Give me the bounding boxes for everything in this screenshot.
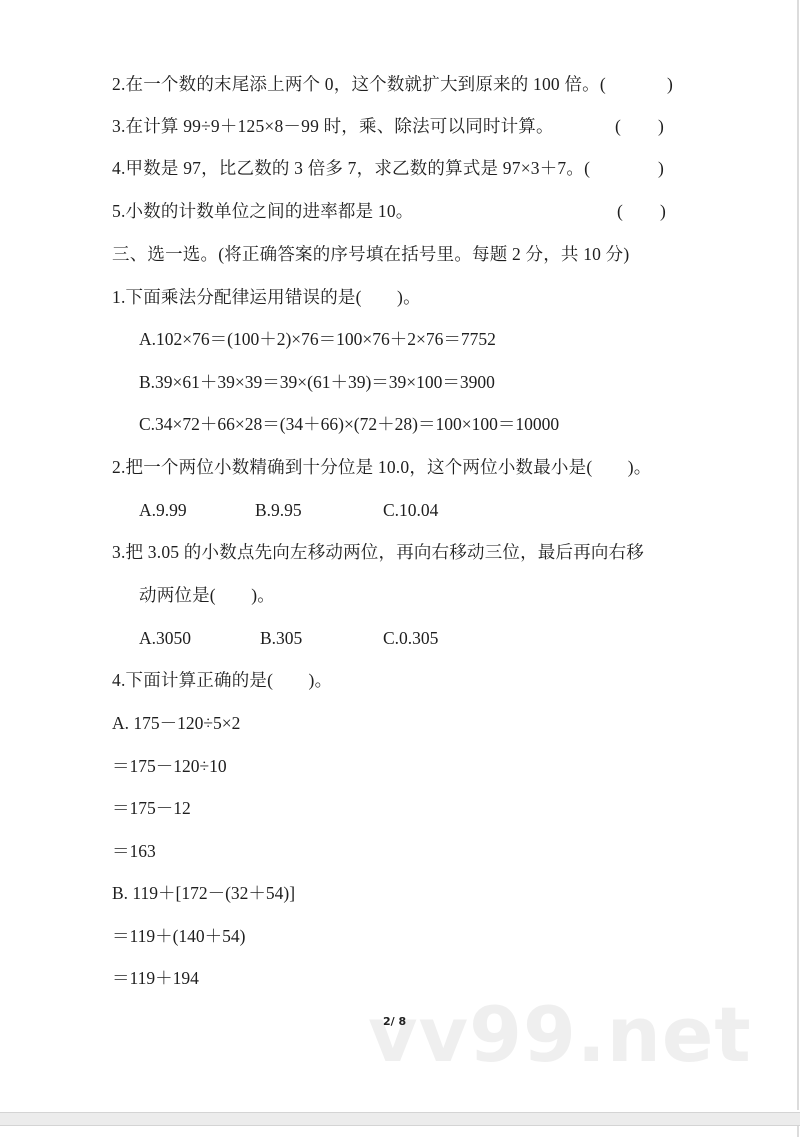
document-page: 2.在一个数的末尾添上两个 0，这个数就扩大到原来的 100 倍。( ) 3.在… [0, 0, 799, 1110]
question-1-option-a: A.102×76＝(100＋2)×76＝100×76＋2×76＝7752 [139, 328, 496, 350]
answer-paren-open: ( [615, 115, 621, 137]
question-4-option-a-line1: A. 175－120÷5×2 [112, 712, 240, 734]
question-4-stem: 4.下面计算正确的是( )。 [112, 669, 332, 691]
answer-paren-close: ) [667, 73, 673, 95]
question-3-stem-line1: 3.把 3.05 的小数点先向左移动两位，再向右移动三位，最后再向右移 [112, 541, 644, 563]
question-2-option-a: A.9.99 [139, 499, 187, 521]
question-1-stem: 1.下面乘法分配律运用错误的是( )。 [112, 286, 421, 308]
question-3-option-b: B.305 [260, 627, 302, 649]
judgement-item-2: 2.在一个数的末尾添上两个 0，这个数就扩大到原来的 100 倍。( [112, 73, 606, 95]
section-heading: 三、选一选。(将正确答案的序号填在括号里。每题 2 分，共 10 分) [112, 243, 629, 265]
question-4-option-b-line1: B. 119＋[172－(32＋54)] [112, 882, 295, 904]
question-4-option-a-line4: ＝163 [112, 840, 156, 862]
question-3-option-c: C.0.305 [383, 627, 438, 649]
judgement-item-5: 5.小数的计数单位之间的进率都是 10。 [112, 200, 414, 222]
question-1-option-c: C.34×72＋66×28＝(34＋66)×(72＋28)＝100×100＝10… [139, 413, 559, 435]
answer-paren-close: ) [658, 115, 664, 137]
judgement-item-3: 3.在计算 99÷9＋125×8－99 时，乘、除法可以同时计算。 [112, 115, 554, 137]
answer-paren-close: ) [658, 157, 664, 179]
answer-paren-open: ( [617, 200, 623, 222]
page-separator [0, 1112, 800, 1126]
question-2-stem: 2.把一个两位小数精确到十分位是 10.0，这个两位小数最小是( )。 [112, 456, 651, 478]
question-4-option-b-line2: ＝119＋(140＋54) [112, 925, 246, 947]
judgement-item-4: 4.甲数是 97，比乙数的 3 倍多 7，求乙数的算式是 97×3＋7。( [112, 157, 590, 179]
watermark: vv99.net [368, 995, 752, 1075]
question-4-option-a-line3: ＝175－12 [112, 797, 191, 819]
question-4-option-b-line3: ＝119＋194 [112, 967, 199, 989]
question-2-option-c: C.10.04 [383, 499, 438, 521]
question-3-option-a: A.3050 [139, 627, 191, 649]
question-1-option-b: B.39×61＋39×39＝39×(61＋39)＝39×100＝3900 [139, 371, 495, 393]
question-3-stem-line2: 动两位是( )。 [139, 584, 275, 606]
question-4-option-a-line2: ＝175－120÷10 [112, 755, 227, 777]
next-page-top [0, 1126, 799, 1137]
question-2-option-b: B.9.95 [255, 499, 302, 521]
page-number: 2/ 8 [383, 1015, 406, 1029]
answer-paren-close: ) [660, 200, 666, 222]
